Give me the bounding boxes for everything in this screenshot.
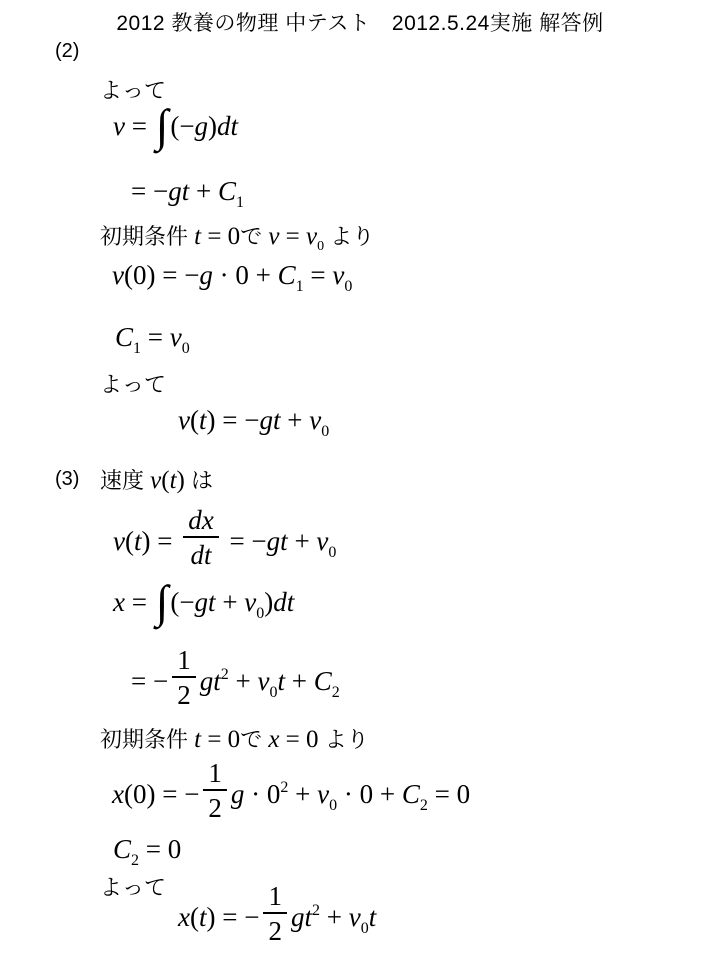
- formula-v-result: = −gt + C1: [131, 176, 244, 212]
- math-token: v: [257, 666, 269, 696]
- jp-text: は: [185, 468, 213, 493]
- math-token: C: [218, 176, 236, 206]
- math-token: g: [231, 779, 245, 809]
- subscript: 1: [133, 340, 141, 357]
- jp-text: で: [240, 727, 268, 752]
- math-token: t: [277, 666, 285, 696]
- fraction-denominator: 2: [263, 914, 287, 945]
- math-token: t: [199, 902, 207, 932]
- math-token: ) = −: [207, 902, 260, 932]
- formula-c1-value: C1 = v0: [115, 322, 190, 358]
- formula-c2-value: C2 = 0: [113, 834, 181, 870]
- initial-condition-v: 初期条件 t = 0で v = v0 より: [100, 220, 374, 255]
- jp-text: 初期条件: [100, 727, 194, 752]
- fraction-numerator: 1: [203, 759, 227, 791]
- math-token: (0) = −: [124, 779, 199, 809]
- math-token: =: [125, 587, 154, 617]
- math-token: v: [112, 260, 124, 290]
- fraction-denominator: 2: [203, 791, 227, 822]
- math-token: =: [279, 223, 306, 250]
- subscript: 0: [321, 423, 329, 440]
- subscript: 2: [332, 684, 340, 701]
- math-token: dt: [273, 587, 294, 617]
- formula-position-final: x(t) = −12gt2 + v0t: [178, 888, 376, 952]
- math-token: v: [170, 322, 182, 352]
- math-token: = 0: [428, 779, 470, 809]
- section-label-3: (3): [55, 468, 79, 491]
- subscript: 2: [131, 852, 139, 869]
- math-token: (0) = −: [124, 260, 199, 290]
- math-token: v: [113, 111, 125, 141]
- math-token: ): [177, 467, 185, 494]
- math-token: =: [125, 111, 154, 141]
- math-token: v: [317, 779, 329, 809]
- math-token: = −: [131, 666, 168, 696]
- math-token: =: [141, 322, 170, 352]
- math-token: gt: [195, 587, 216, 617]
- math-token: gt: [291, 902, 312, 932]
- math-token: · 0 +: [213, 260, 278, 290]
- formula-velocity-final: v(t) = −gt + v0: [178, 405, 329, 441]
- math-token: ): [208, 111, 217, 141]
- math-token: v: [349, 902, 361, 932]
- fraction-numerator: dx: [183, 506, 218, 538]
- subscript: 2: [420, 797, 428, 814]
- math-token: = 0: [279, 726, 324, 753]
- hence-text-3: よって: [100, 871, 166, 902]
- formula-velocity-derivative: v(t) = dxdt = −gt + v0: [113, 512, 336, 576]
- math-token: (−: [170, 111, 194, 141]
- math-token: dt: [217, 111, 238, 141]
- math-token: = 0: [201, 223, 240, 250]
- math-token: C: [115, 322, 133, 352]
- math-token: ) =: [142, 526, 180, 556]
- math-token: =: [304, 260, 333, 290]
- fraction-one-half: 12: [263, 882, 287, 946]
- formula-x0-substitution: x(0) = −12g · 02 + v0 · 0 + C2 = 0: [112, 765, 470, 829]
- math-token: v: [113, 526, 125, 556]
- fraction-denominator: 2: [172, 678, 196, 709]
- subscript: 0: [329, 797, 337, 814]
- math-token: t: [369, 902, 377, 932]
- math-token: = −: [223, 526, 267, 556]
- formula-v0-substitution: v(0) = −g · 0 + C1 = v0: [112, 260, 352, 296]
- subscript: 0: [328, 544, 336, 561]
- jp-text: より: [325, 727, 369, 752]
- math-token: = 0: [201, 726, 240, 753]
- section-3-intro: 速度 v(t) は: [100, 464, 213, 495]
- math-token: C: [278, 260, 296, 290]
- math-token: v: [150, 467, 161, 494]
- section-label-2: (2): [55, 40, 79, 63]
- math-token: +: [189, 176, 218, 206]
- math-token: ): [264, 587, 273, 617]
- math-token: x: [113, 587, 125, 617]
- math-token: (−: [170, 587, 194, 617]
- math-token: t: [134, 526, 142, 556]
- subscript: 0: [361, 920, 369, 937]
- math-token: = 0: [139, 834, 181, 864]
- math-token: x: [268, 726, 279, 753]
- math-token: (: [190, 902, 199, 932]
- page-title: 2012 教養の物理 中テスト 2012.5.24実施 解答例: [0, 7, 720, 37]
- jp-text: 速度: [100, 468, 150, 493]
- math-token: x: [178, 902, 190, 932]
- math-token: g: [195, 111, 209, 141]
- math-token: v: [178, 405, 190, 435]
- initial-condition-x: 初期条件 t = 0で x = 0 より: [100, 723, 369, 754]
- hence-text-2: よって: [100, 368, 166, 399]
- math-token: +: [229, 666, 258, 696]
- fraction-denominator: dt: [183, 538, 218, 569]
- math-token: C: [314, 666, 332, 696]
- math-token: v: [309, 405, 321, 435]
- math-token: v: [332, 260, 344, 290]
- math-token: · 0 +: [337, 779, 402, 809]
- math-token: +: [216, 587, 245, 617]
- math-token: (: [161, 467, 169, 494]
- math-token: +: [288, 526, 317, 556]
- math-token: v: [244, 587, 256, 617]
- formula-v-integral: v = ∫(−g)dt: [113, 106, 238, 152]
- math-token: t: [199, 405, 207, 435]
- subscript: 0: [344, 278, 352, 295]
- math-token: gt: [200, 666, 221, 696]
- jp-text: で: [240, 224, 268, 249]
- fraction-dx-dt: dxdt: [183, 506, 218, 570]
- fraction-one-half: 12: [172, 646, 196, 710]
- math-token: v: [316, 526, 328, 556]
- subscript: 1: [296, 278, 304, 295]
- math-token: (: [125, 526, 134, 556]
- math-token: +: [285, 666, 314, 696]
- jp-text: より: [324, 224, 374, 249]
- math-token: gt: [267, 526, 288, 556]
- integral-sign: ∫: [156, 103, 169, 149]
- math-token: ) = −: [207, 405, 260, 435]
- formula-x-integral: x = ∫(−gt + v0)dt: [113, 582, 294, 628]
- superscript: 2: [221, 666, 229, 683]
- math-token: +: [320, 902, 349, 932]
- math-token: = −: [131, 176, 168, 206]
- math-token: +: [288, 779, 317, 809]
- fraction-numerator: 1: [263, 882, 287, 914]
- fraction-one-half: 12: [203, 759, 227, 823]
- answer-sheet-page: 2012 教養の物理 中テスト 2012.5.24実施 解答例 (2) よって …: [0, 0, 720, 960]
- math-token: gt: [259, 405, 280, 435]
- math-token: t: [170, 467, 177, 494]
- subscript: 1: [236, 194, 244, 211]
- math-token: C: [113, 834, 131, 864]
- math-token: v: [268, 223, 279, 250]
- math-token: g: [199, 260, 213, 290]
- jp-text: 初期条件: [100, 224, 194, 249]
- math-token: +: [280, 405, 309, 435]
- math-token: v: [306, 223, 317, 250]
- fraction-numerator: 1: [172, 646, 196, 678]
- subscript: 0: [182, 340, 190, 357]
- integral-sign: ∫: [156, 579, 169, 625]
- math-token: C: [402, 779, 420, 809]
- superscript: 2: [312, 902, 320, 919]
- math-token: · 0: [244, 779, 280, 809]
- math-token: gt: [168, 176, 189, 206]
- formula-x-expanded: = −12gt2 + v0t + C2: [131, 652, 340, 716]
- math-token: (: [190, 405, 199, 435]
- math-token: x: [112, 779, 124, 809]
